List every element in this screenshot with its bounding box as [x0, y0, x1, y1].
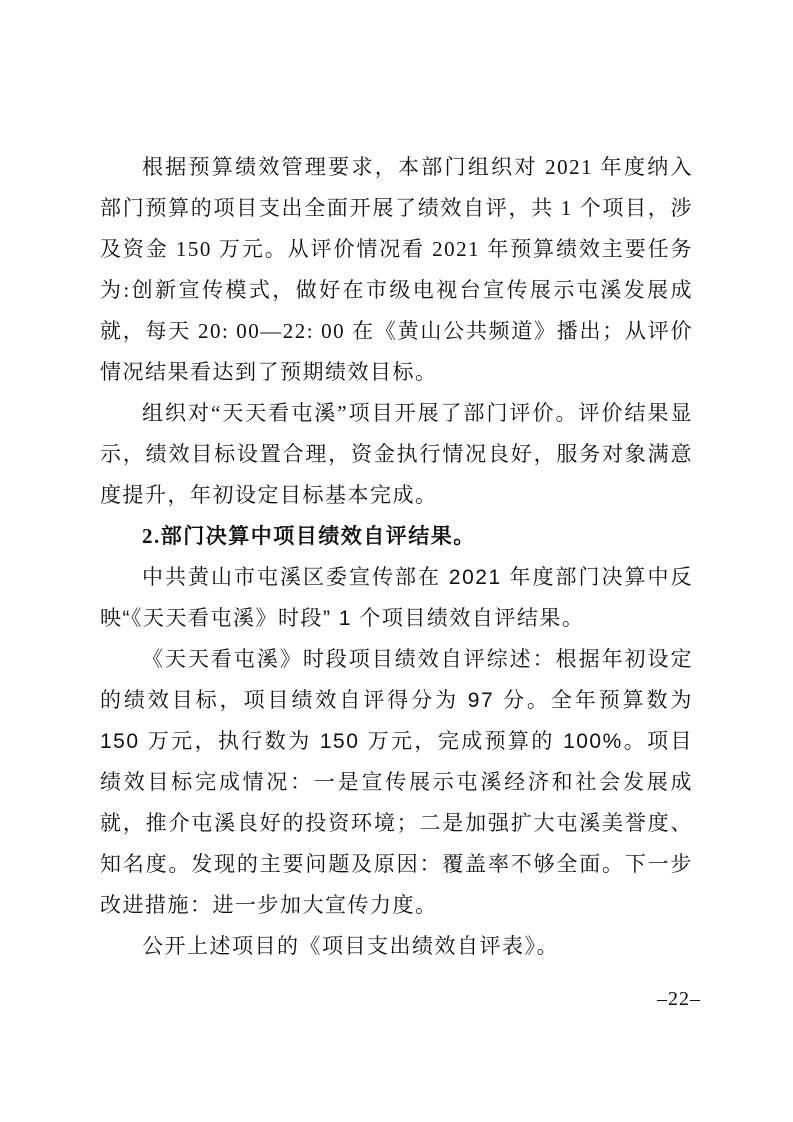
paragraph-self-evaluation-overview: 根据预算绩效管理要求，本部门组织对 2021 年度纳入部门预算的项目支出全面开展… — [100, 147, 693, 393]
heading-section-2: 2.部门决算中项目绩效自评结果。 — [100, 516, 693, 557]
paragraph-disclosure-note: 公开上述项目的《项目支出绩效自评表》。 — [100, 926, 693, 967]
paragraph-department-evaluation: 组织对“天天看屯溪”项目开展了部门评价。评价结果显示，绩效目标设置合理，资金执行… — [100, 393, 693, 516]
paragraph-project-self-evaluation-summary: 《天天看屯溪》时段项目绩效自评综述：根据年初设定的绩效目标，项目绩效自评得分为 … — [100, 639, 693, 926]
document-body: 根据预算绩效管理要求，本部门组织对 2021 年度纳入部门预算的项目支出全面开展… — [100, 147, 693, 967]
paragraph-final-accounts-statement: 中共黄山市屯溪区委宣传部在 2021 年度部门决算中反映“《天天看屯溪》时段” … — [100, 557, 693, 639]
document-page: 根据预算绩效管理要求，本部门组织对 2021 年度纳入部门预算的项目支出全面开展… — [0, 0, 793, 1122]
page-number: –22– — [657, 988, 701, 1011]
